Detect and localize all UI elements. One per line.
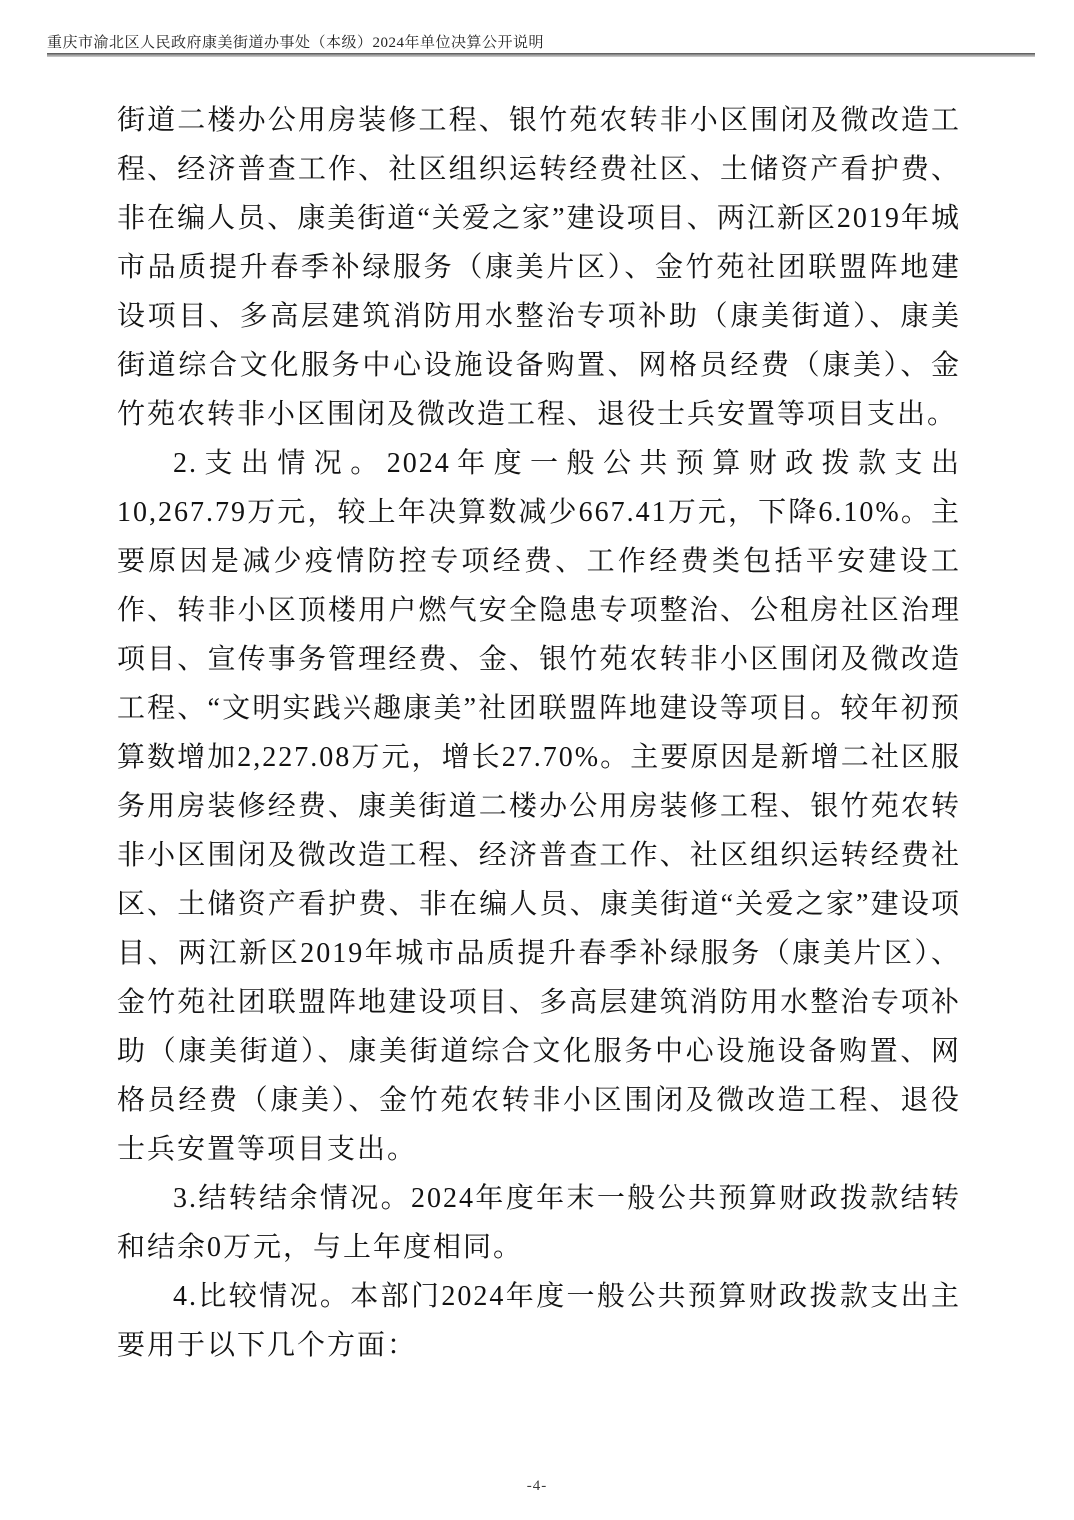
paragraph-project-list-continuation: 街道二楼办公用房装修工程、银竹苑农转非小区围闭及微改造工程、经济普查工作、社区组… bbox=[117, 96, 961, 439]
paragraph-expenditure-situation: 2.支出情况。2024年度一般公共预算财政拨款支出10,267.79万元，较上年… bbox=[117, 439, 961, 1174]
document-body: 街道二楼办公用房装修工程、银竹苑农转非小区围闭及微改造工程、经济普查工作、社区组… bbox=[117, 96, 961, 1370]
document-header-title: 重庆市渝北区人民政府康美街道办事处（本级）2024年单位决算公开说明 bbox=[47, 35, 544, 51]
page-header: 重庆市渝北区人民政府康美街道办事处（本级）2024年单位决算公开说明 bbox=[47, 31, 1035, 52]
document-page: 重庆市渝北区人民政府康美街道办事处（本级）2024年单位决算公开说明 街道二楼办… bbox=[0, 0, 1074, 1520]
page-footer: -4- bbox=[0, 1478, 1074, 1495]
page-number: -4- bbox=[527, 1478, 548, 1494]
header-rule bbox=[47, 53, 1035, 57]
paragraph-carryover-balance: 3.结转结余情况。2024年度年末一般公共预算财政拨款结转和结余0万元，与上年度… bbox=[117, 1174, 961, 1272]
paragraph-comparison-intro: 4.比较情况。本部门2024年度一般公共预算财政拨款支出主要用于以下几个方面： bbox=[117, 1272, 961, 1370]
